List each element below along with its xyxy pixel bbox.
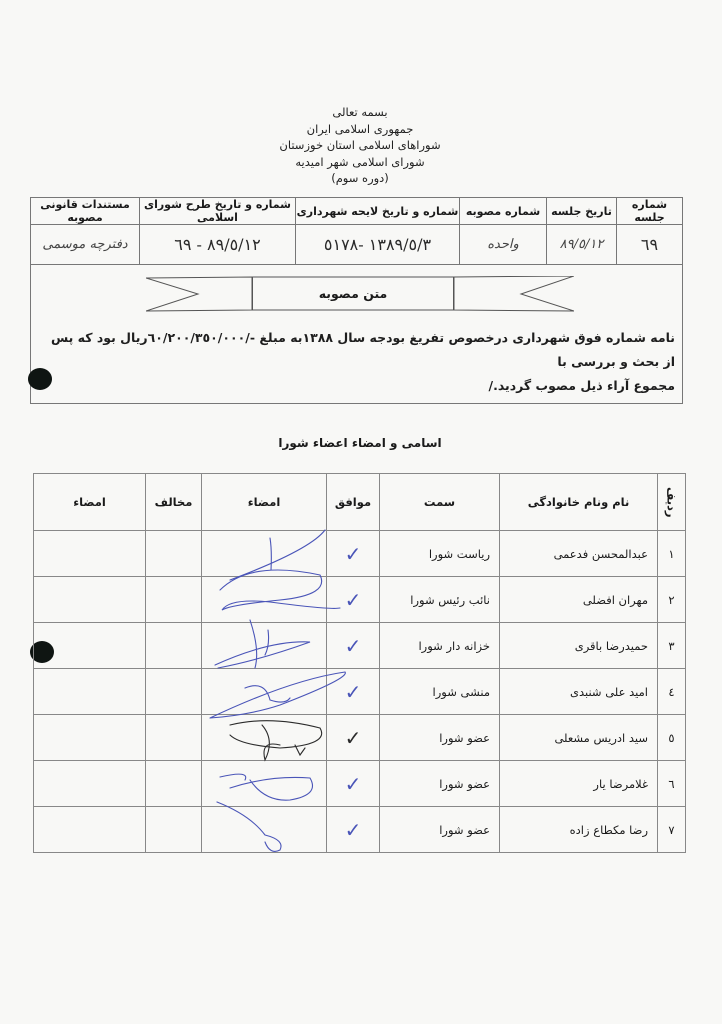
col-position: سمت — [380, 474, 500, 531]
meta-value-row: ٦٩ ٨٩/٥/١٢ واحده ١٣٨٩/٥/٣ -٥١٧٨ ٨٩/٥/١٢ … — [31, 225, 683, 265]
member-name: غلامرضا یار — [500, 761, 658, 807]
col-oppose-signature: امضاء — [34, 474, 146, 531]
agree-checkmark: ✓ — [327, 623, 380, 669]
signature-cell — [202, 531, 327, 577]
meta-header-row: شماره جلسه تاریخ جلسه شماره مصوبه شماره … — [31, 198, 683, 225]
session-number-value: ٦٩ — [617, 225, 683, 265]
heading-line-province-councils: شوراهای اسلامی استان خوزستان — [260, 137, 460, 154]
resolution-body: نامه شماره فوق شهرداری درخصوص تفریغ بودج… — [40, 326, 675, 398]
resolution-number-value: واحده — [460, 225, 547, 265]
member-name: عبدالمحسن فدعمی — [500, 531, 658, 577]
signature-cell — [202, 761, 327, 807]
council-plan-value: ٨٩/٥/١٢ - ٦٩ — [140, 225, 296, 265]
signature-cell — [202, 807, 327, 853]
member-role: عضو شورا — [380, 761, 500, 807]
oppose-signature-cell — [34, 761, 146, 807]
member-role: منشی شورا — [380, 669, 500, 715]
member-name: امید علی شنبدی — [500, 669, 658, 715]
member-role: ریاست شورا — [380, 531, 500, 577]
row-index: ٣ — [658, 623, 686, 669]
col-agree: موافق — [327, 474, 380, 531]
oppose-cell — [146, 577, 202, 623]
oppose-cell — [146, 669, 202, 715]
oppose-signature-cell — [34, 807, 146, 853]
col-municipal-bill: شماره و تاریخ لایحه شهرداری — [296, 198, 460, 225]
resolution-body-line-2: مجموع آراء ذیل مصوب گردید./ — [40, 374, 675, 398]
document-heading: بسمه تعالی جمهوری اسلامی ایران شوراهای ا… — [260, 104, 460, 187]
oppose-signature-cell — [34, 577, 146, 623]
col-oppose: مخالف — [146, 474, 202, 531]
session-meta-table: شماره جلسه تاریخ جلسه شماره مصوبه شماره … — [30, 197, 683, 265]
col-resolution-number: شماره مصوبه — [460, 198, 547, 225]
member-role: عضو شورا — [380, 807, 500, 853]
agree-checkmark: ✓ — [327, 807, 380, 853]
col-full-name: نام ونام خانوادگی — [500, 474, 658, 531]
member-name: سید ادریس مشعلی — [500, 715, 658, 761]
agree-checkmark: ✓ — [327, 761, 380, 807]
col-council-plan: شماره و تاریخ طرح شورای اسلامی — [140, 198, 296, 225]
col-session-date: تاریخ جلسه — [547, 198, 617, 225]
signature-cell — [202, 577, 327, 623]
resolution-body-line-1: نامه شماره فوق شهرداری درخصوص تفریغ بودج… — [40, 326, 675, 374]
heading-line-country: جمهوری اسلامی ایران — [260, 121, 460, 138]
member-role: عضو شورا — [380, 715, 500, 761]
punch-hole-upper — [28, 368, 52, 390]
table-row: ٣ حمیدرضا باقری خزانه دار شورا ✓ — [34, 623, 686, 669]
oppose-cell — [146, 807, 202, 853]
session-date-value: ٨٩/٥/١٢ — [547, 225, 617, 265]
legal-basis-value: دفترچه موسمی — [31, 225, 140, 265]
signature-cell — [202, 623, 327, 669]
member-role: خزانه دار شورا — [380, 623, 500, 669]
oppose-cell — [146, 623, 202, 669]
heading-line-city-council: شورای اسلامی شهر امیدیه — [260, 154, 460, 171]
signature-cell — [202, 669, 327, 715]
row-index: ٤ — [658, 669, 686, 715]
row-index: ٥ — [658, 715, 686, 761]
table-row: ٥ سید ادریس مشعلی عضو شورا ✓ — [34, 715, 686, 761]
oppose-signature-cell — [34, 531, 146, 577]
agree-checkmark: ✓ — [327, 577, 380, 623]
table-row: ١ عبدالمحسن فدعمی ریاست شورا ✓ — [34, 531, 686, 577]
agree-checkmark: ✓ — [327, 669, 380, 715]
agree-checkmark: ✓ — [327, 531, 380, 577]
oppose-cell — [146, 761, 202, 807]
members-section-title: اسامی و امضاء اعضاء شورا — [270, 436, 450, 450]
agree-checkmark: ✓ — [327, 715, 380, 761]
col-row-number: ردیف — [658, 474, 686, 531]
col-session-number: شماره جلسه — [617, 198, 683, 225]
member-role: نائب رئیس شورا — [380, 577, 500, 623]
member-name: رضا مکطاع زاده — [500, 807, 658, 853]
table-row: ٧ رضا مکطاع زاده عضو شورا ✓ — [34, 807, 686, 853]
member-name: حمیدرضا باقری — [500, 623, 658, 669]
municipal-bill-value: ١٣٨٩/٥/٣ -٥١٧٨ — [296, 225, 460, 265]
col-agree-signature: امضاء — [202, 474, 327, 531]
members-signature-table: ردیف نام ونام خانوادگی سمت موافق امضاء م… — [33, 473, 686, 853]
oppose-signature-cell — [34, 623, 146, 669]
oppose-signature-cell — [34, 669, 146, 715]
table-row: ٦ غلامرضا یار عضو شورا ✓ — [34, 761, 686, 807]
signature-cell — [202, 715, 327, 761]
oppose-cell — [146, 715, 202, 761]
row-index: ١ — [658, 531, 686, 577]
scanned-document-page: بسمه تعالی جمهوری اسلامی ایران شوراهای ا… — [0, 0, 722, 1024]
table-row: ٤ امید علی شنبدی منشی شورا ✓ — [34, 669, 686, 715]
col-legal-basis: مستندات قانونی مصوبه — [31, 198, 140, 225]
heading-line-term: (دوره سوم) — [260, 170, 460, 187]
table-row: ٢ مهران افضلی نائب رئیس شورا ✓ — [34, 577, 686, 623]
row-index: ٦ — [658, 761, 686, 807]
oppose-signature-cell — [34, 715, 146, 761]
row-index: ٢ — [658, 577, 686, 623]
oppose-cell — [146, 531, 202, 577]
members-header-row: ردیف نام ونام خانوادگی سمت موافق امضاء م… — [34, 474, 686, 531]
resolution-text-title: متن مصوبه — [252, 277, 454, 310]
row-index: ٧ — [658, 807, 686, 853]
member-name: مهران افضلی — [500, 577, 658, 623]
heading-line-basmala: بسمه تعالی — [260, 104, 460, 121]
